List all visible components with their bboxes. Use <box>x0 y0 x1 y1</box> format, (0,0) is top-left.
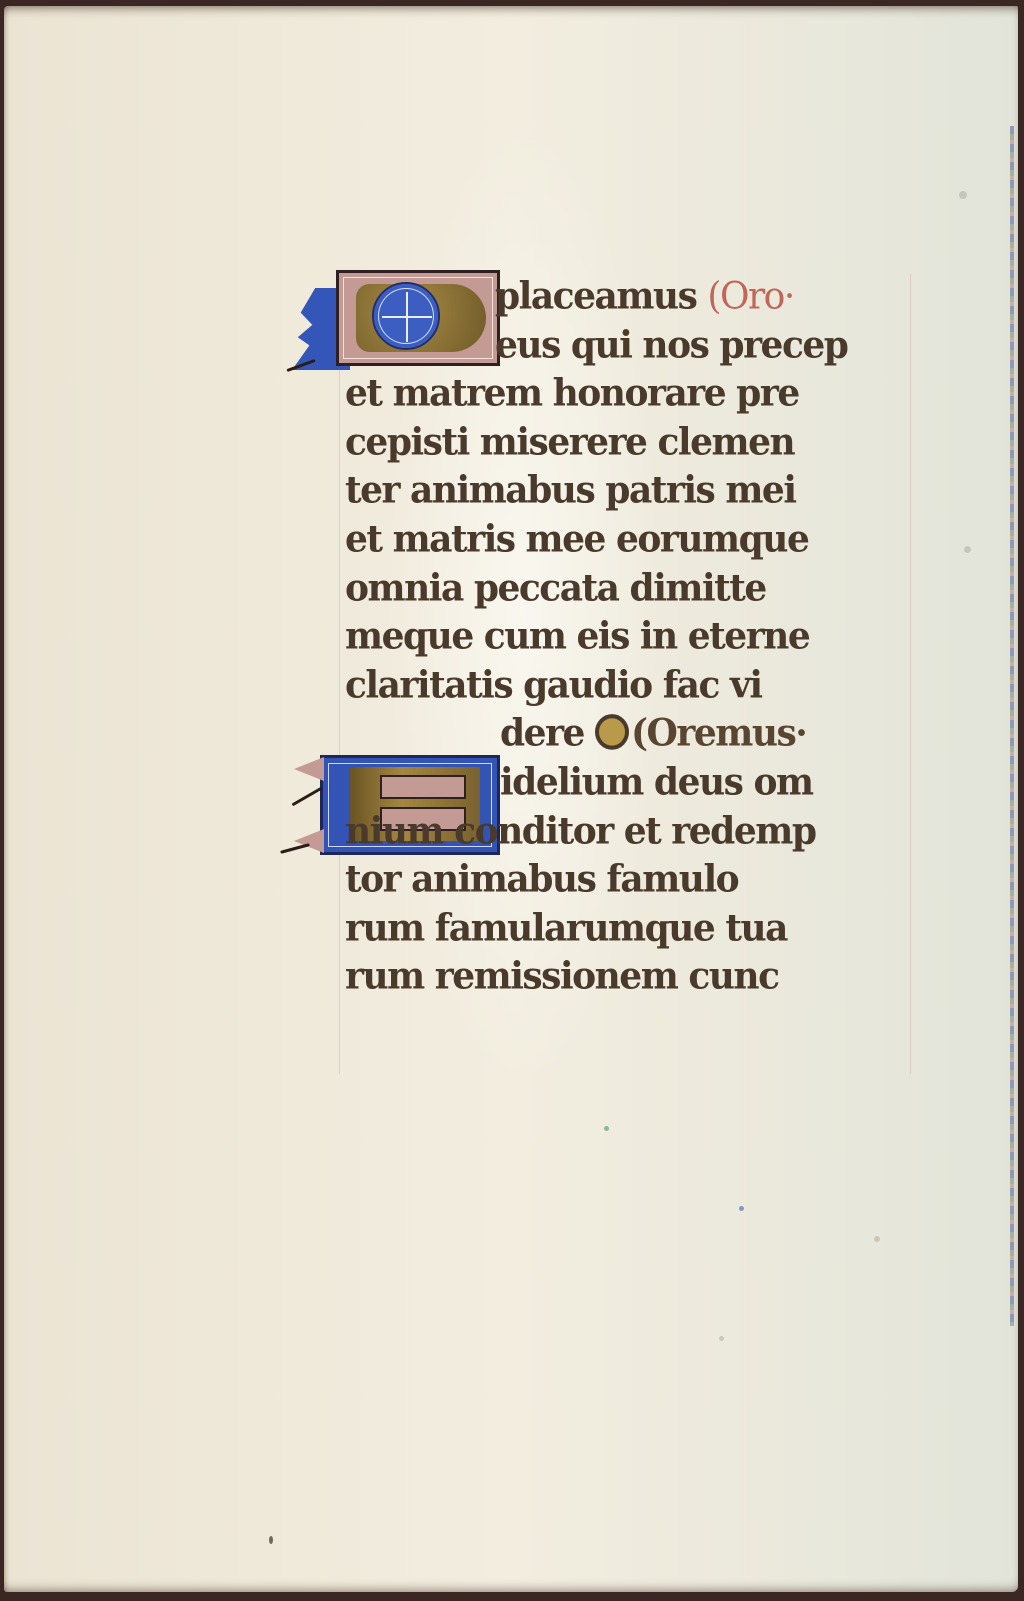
text-line-5: ter animabus patris mei <box>345 465 905 516</box>
pigment-speck <box>604 1126 609 1131</box>
text-line-4: cepisti miserere clemen <box>345 417 905 468</box>
text-line-11: idelium deus om <box>345 757 905 808</box>
text-block: placeamus (Oro· eus qui nos precep et ma… <box>345 272 905 1001</box>
line-text: rum famularumque tua <box>345 906 787 950</box>
line-text: omnia peccata dimitte <box>345 565 766 609</box>
line-text: et matris mee eorumque <box>345 517 808 561</box>
initial-spur <box>294 757 324 781</box>
text-line-10: dere (Oremus· <box>345 708 905 759</box>
text-line-2: eus qui nos precep <box>345 319 905 370</box>
rubric-text: (Oremus· <box>631 711 806 755</box>
line-text: rum remissionem cunc <box>345 954 779 998</box>
line-text: nium conditor et redemp <box>345 808 816 852</box>
foxing-spot <box>719 1336 724 1341</box>
pigment-speck <box>739 1206 744 1211</box>
text-line-15: rum remissionem cunc <box>345 951 905 1002</box>
text-line-1: placeamus (Oro· <box>345 271 905 322</box>
text-line-8: meque cum eis in eterne <box>345 611 905 662</box>
foxing-spot <box>959 191 967 199</box>
text-line-14: rum famularumque tua <box>345 903 905 954</box>
pen-flourish <box>292 787 323 807</box>
text-line-12: nium conditor et redemp <box>345 805 905 856</box>
line-text: eus qui nos precep <box>495 323 847 367</box>
rubric-oremus: (Oremus· <box>595 711 806 755</box>
line-text: idelium deus om <box>500 760 813 804</box>
text-line-6: et matris mee eorumque <box>345 514 905 565</box>
line-text: placeamus <box>495 274 696 318</box>
text-line-9: claritatis gaudio fac vi <box>345 660 905 711</box>
initial-spur <box>294 829 324 853</box>
text-line-13: tor animabus famulo <box>345 854 905 905</box>
line-text: dere <box>500 711 584 755</box>
foxing-spot <box>964 546 971 553</box>
text-line-7: omnia peccata dimitte <box>345 562 905 613</box>
line-text: claritatis gaudio fac vi <box>345 663 762 707</box>
line-text: cepisti miserere clemen <box>345 420 794 464</box>
text-line-3: et matrem honorare pre <box>345 368 905 419</box>
line-text: tor animabus famulo <box>345 857 738 901</box>
adjacent-leaf-edge <box>1010 126 1014 1326</box>
pen-flourish <box>280 843 310 854</box>
line-text: et matrem honorare pre <box>345 371 799 415</box>
line-text: ter animabus patris mei <box>345 468 796 512</box>
gold-dotted-o <box>595 714 629 750</box>
ink-speck <box>269 1536 273 1544</box>
line-text: meque cum eis in eterne <box>345 614 809 658</box>
rubric-oro: (Oro· <box>707 275 793 318</box>
foxing-spot <box>874 1236 880 1242</box>
